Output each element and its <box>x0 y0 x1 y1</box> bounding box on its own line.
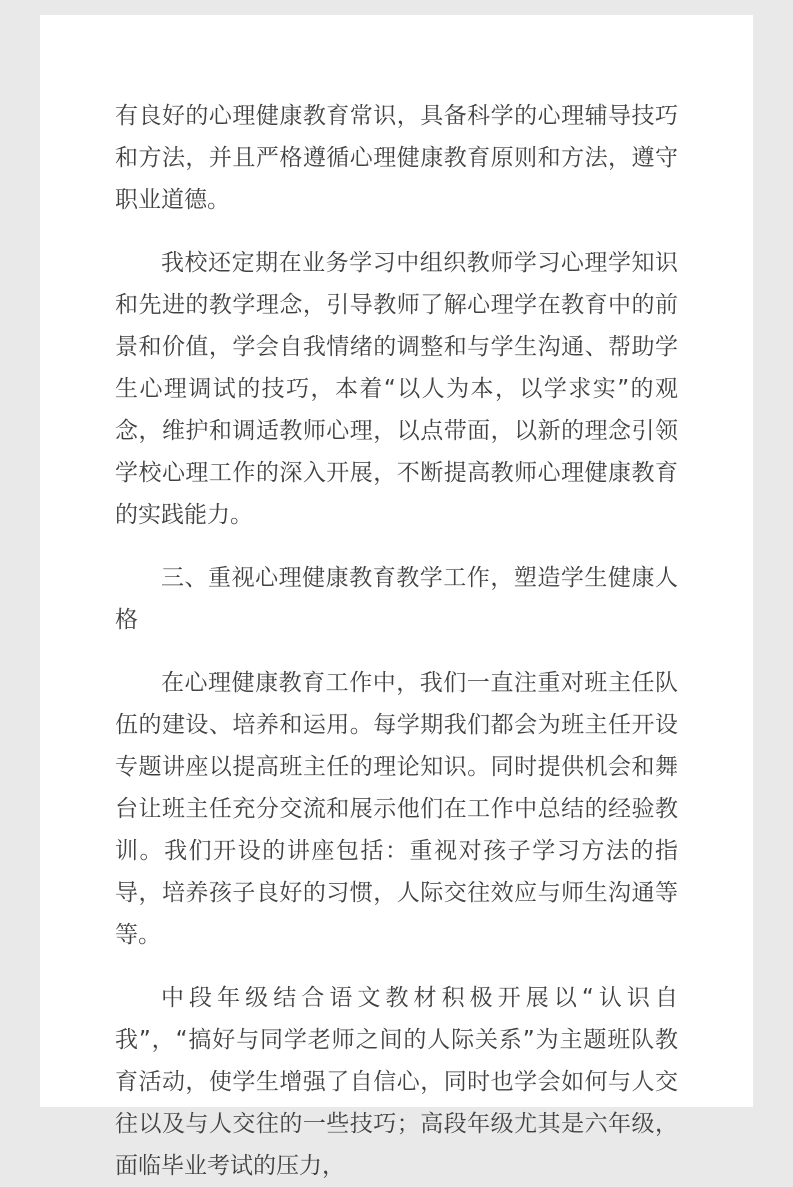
document-page: 有良好的心理健康教育常识，具备科学的心理辅导技巧和方法，并且严格遵循心理健康教育… <box>40 15 753 1107</box>
section-heading-three: 三、重视心理健康教育教学工作，塑造学生健康人格 <box>115 557 678 641</box>
paragraph-continuation: 有良好的心理健康教育常识，具备科学的心理辅导技巧和方法，并且严格遵循心理健康教育… <box>115 95 678 221</box>
paragraph-teacher-training: 我校还定期在业务学习中组织教师学习心理学知识和先进的教学理念，引导教师了解心理学… <box>115 242 678 536</box>
paragraph-grade-activities: 中段年级结合语文教材积极开展以“认识自我”，“搞好与同学老师之间的人际关系”为主… <box>115 977 678 1122</box>
paragraph-class-teacher-team: 在心理健康教育工作中，我们一直注重对班主任队伍的建设、培养和运用。每学期我们都会… <box>115 662 678 956</box>
document-body: 有良好的心理健康教育常识，具备科学的心理辅导技巧和方法，并且严格遵循心理健康教育… <box>40 15 753 1122</box>
